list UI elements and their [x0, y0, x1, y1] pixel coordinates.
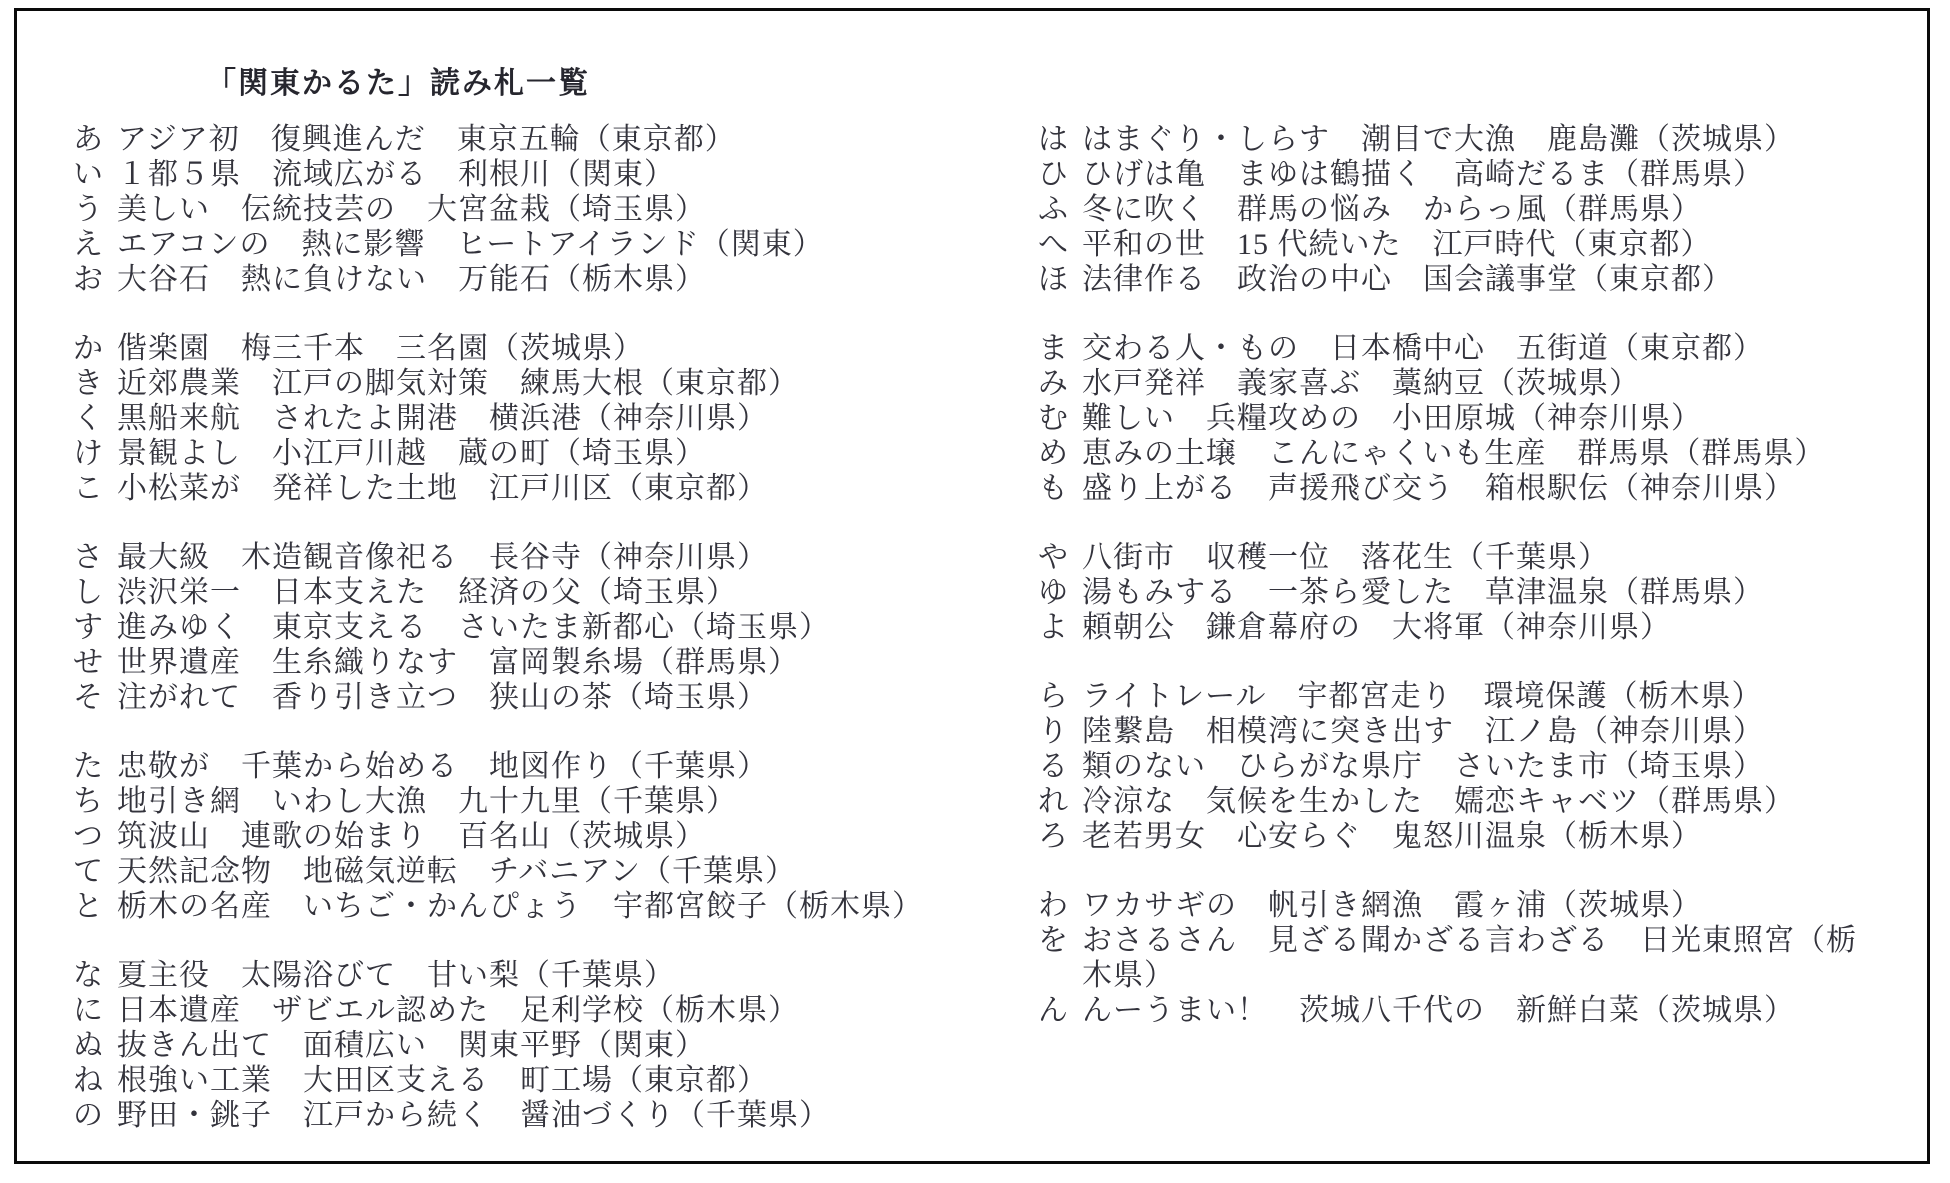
karuta-kana: う	[73, 192, 117, 227]
karuta-text: 日本遺産 ザビエル認めた 足利学校（栃木県）	[117, 993, 799, 1028]
karuta-kana: ま	[1038, 331, 1082, 366]
karuta-kana: し	[73, 575, 117, 610]
karuta-text: エアコンの 熱に影響 ヒートアイランド（関東）	[117, 227, 824, 262]
karuta-kana: ゆ	[1038, 575, 1082, 610]
karuta-text: １都５県 流域広がる 利根川（関東）	[117, 157, 675, 192]
karuta-row: へ 平和の世 15 代続いた 江戸時代（東京都）	[1038, 227, 1928, 262]
karuta-row: ぬ 抜きん出て 面積広い 関東平野（関東）	[73, 1028, 973, 1063]
karuta-text: 冷涼な 気候を生かした 嬬恋キャベツ（群馬県）	[1082, 784, 1795, 819]
karuta-row: そ 注がれて 香り引き立つ 狭山の茶（埼玉県）	[73, 680, 973, 715]
karuta-kana: ら	[1038, 679, 1082, 714]
karuta-text: 近郊農業 江戸の脚気対策 練馬大根（東京都）	[117, 366, 799, 401]
karuta-group: ま 交わる人・もの 日本橋中心 五街道（東京都） み 水戸発祥 義家喜ぶ 藁納豆…	[1038, 331, 1928, 506]
karuta-text: 交わる人・もの 日本橋中心 五街道（東京都）	[1082, 331, 1764, 366]
karuta-kana: ぬ	[73, 1028, 117, 1063]
karuta-row: む 難しい 兵糧攻めの 小田原城（神奈川県）	[1038, 401, 1928, 436]
karuta-group: ら ライトレール 宇都宮走り 環境保護（栃木県） り 陸繋島 相模湾に突き出す …	[1038, 679, 1928, 854]
karuta-text: 盛り上がる 声援飛び交う 箱根駅伝（神奈川県）	[1082, 471, 1795, 506]
karuta-row: に 日本遺産 ザビエル認めた 足利学校（栃木県）	[73, 993, 973, 1028]
karuta-kana: せ	[73, 645, 117, 680]
karuta-row: め 恵みの土壌 こんにゃくいも生産 群馬県（群馬県）	[1038, 436, 1928, 471]
karuta-kana: ひ	[1038, 157, 1082, 192]
karuta-kana: を	[1038, 923, 1082, 958]
karuta-kana: み	[1038, 366, 1082, 401]
karuta-row: は はまぐり・しらす 潮目で大漁 鹿島灘（茨城県）	[1038, 122, 1928, 157]
karuta-row: せ 世界遺産 生糸織りなす 富岡製糸場（群馬県）	[73, 645, 973, 680]
karuta-group: あ アジア初 復興進んだ 東京五輪（東京都） い １都５県 流域広がる 利根川（…	[73, 122, 973, 297]
karuta-row: ち 地引き網 いわし大漁 九十九里（千葉県）	[73, 784, 973, 819]
karuta-text: 進みゆく 東京支える さいたま新都心（埼玉県）	[117, 610, 830, 645]
karuta-kana: は	[1038, 122, 1082, 157]
karuta-kana: ふ	[1038, 192, 1082, 227]
karuta-row: く 黒船来航 されたよ開港 横浜港（神奈川県）	[73, 401, 973, 436]
karuta-row: あ アジア初 復興進んだ 東京五輪（東京都）	[73, 122, 973, 157]
karuta-kana: け	[73, 436, 117, 471]
karuta-kana: つ	[73, 819, 117, 854]
karuta-kana: い	[73, 157, 117, 192]
karuta-row: ゆ 湯もみする 一茶ら愛した 草津温泉（群馬県）	[1038, 575, 1928, 610]
karuta-kana: ち	[73, 784, 117, 819]
karuta-text: 小松菜が 発祥した土地 江戸川区（東京都）	[117, 471, 768, 506]
karuta-kana: も	[1038, 471, 1082, 506]
karuta-group: た 忠敬が 千葉から始める 地図作り（千葉県） ち 地引き網 いわし大漁 九十九…	[73, 749, 973, 924]
karuta-row: す 進みゆく 東京支える さいたま新都心（埼玉県）	[73, 610, 973, 645]
karuta-text: 筑波山 連歌の始まり 百名山（茨城県）	[117, 819, 706, 854]
karuta-row: わ ワカサギの 帆引き網漁 霞ヶ浦（茨城県）	[1038, 888, 1928, 923]
karuta-text: 水戸発祥 義家喜ぶ 藁納豆（茨城県）	[1082, 366, 1640, 401]
karuta-text: 法律作る 政治の中心 国会議事堂（東京都）	[1082, 262, 1733, 297]
karuta-row: り 陸繋島 相模湾に突き出す 江ノ島（神奈川県）	[1038, 714, 1928, 749]
karuta-kana: く	[73, 401, 117, 436]
karuta-kana: の	[73, 1098, 117, 1133]
karuta-row: よ 頼朝公 鎌倉幕府の 大将軍（神奈川県）	[1038, 610, 1928, 645]
karuta-row: な 夏主役 太陽浴びて 甘い梨（千葉県）	[73, 958, 973, 993]
karuta-kana: よ	[1038, 610, 1082, 645]
karuta-group: か 偕楽園 梅三千本 三名園（茨城県） き 近郊農業 江戸の脚気対策 練馬大根（…	[73, 331, 973, 506]
karuta-text: 美しい 伝統技芸の 大宮盆栽（埼玉県）	[117, 192, 706, 227]
karuta-group: な 夏主役 太陽浴びて 甘い梨（千葉県） に 日本遺産 ザビエル認めた 足利学校…	[73, 958, 973, 1133]
karuta-text: ワカサギの 帆引き網漁 霞ヶ浦（茨城県）	[1082, 888, 1702, 923]
karuta-kana: め	[1038, 436, 1082, 471]
karuta-text: 黒船来航 されたよ開港 横浜港（神奈川県）	[117, 401, 768, 436]
karuta-kana: な	[73, 958, 117, 993]
karuta-text: 偕楽園 梅三千本 三名園（茨城県）	[117, 331, 644, 366]
karuta-kana: お	[73, 262, 117, 297]
karuta-row: き 近郊農業 江戸の脚気対策 練馬大根（東京都）	[73, 366, 973, 401]
karuta-text: 栃木の名産 いちご・かんぴょう 宇都宮餃子（栃木県）	[117, 889, 923, 924]
karuta-kana: ろ	[1038, 819, 1082, 854]
column-right: は はまぐり・しらす 潮目で大漁 鹿島灘（茨城県） ひ ひげは亀 まゆは鶴描く …	[1038, 122, 1928, 1062]
document-page: 「関東かるた」読み札一覧 あ アジア初 復興進んだ 東京五輪（東京都） い １都…	[14, 8, 1930, 1164]
karuta-kana: る	[1038, 749, 1082, 784]
karuta-row: や 八街市 収穫一位 落花生（千葉県）	[1038, 540, 1928, 575]
karuta-text: ひげは亀 まゆは鶴描く 高崎だるま（群馬県）	[1082, 157, 1764, 192]
karuta-text: はまぐり・しらす 潮目で大漁 鹿島灘（茨城県）	[1082, 122, 1795, 157]
karuta-row: ろ 老若男女 心安らぐ 鬼怒川温泉（栃木県）	[1038, 819, 1928, 854]
karuta-group: さ 最大級 木造観音像祀る 長谷寺（神奈川県） し 渋沢栄一 日本支えた 経済の…	[73, 540, 973, 715]
karuta-text: 地引き網 いわし大漁 九十九里（千葉県）	[117, 784, 737, 819]
karuta-text: 抜きん出て 面積広い 関東平野（関東）	[117, 1028, 706, 1063]
karuta-row: ん んーうまい！ 茨城八千代の 新鮮白菜（茨城県）	[1038, 993, 1928, 1028]
karuta-row: の 野田・銚子 江戸から続く 醤油づくり（千葉県）	[73, 1098, 973, 1133]
karuta-row: さ 最大級 木造観音像祀る 長谷寺（神奈川県）	[73, 540, 973, 575]
karuta-text: 最大級 木造観音像祀る 長谷寺（神奈川県）	[117, 540, 768, 575]
karuta-row: こ 小松菜が 発祥した土地 江戸川区（東京都）	[73, 471, 973, 506]
karuta-text: 天然記念物 地磁気逆転 チバニアン（千葉県）	[117, 854, 796, 889]
karuta-text: アジア初 復興進んだ 東京五輪（東京都）	[117, 122, 736, 157]
karuta-row: ね 根強い工業 大田区支える 町工場（東京都）	[73, 1063, 973, 1098]
karuta-text: 根強い工業 大田区支える 町工場（東京都）	[117, 1063, 768, 1098]
karuta-text: ライトレール 宇都宮走り 環境保護（栃木県）	[1082, 679, 1763, 714]
karuta-row: ほ 法律作る 政治の中心 国会議事堂（東京都）	[1038, 262, 1928, 297]
karuta-kana: き	[73, 366, 117, 401]
karuta-row: け 景観よし 小江戸川越 蔵の町（埼玉県）	[73, 436, 973, 471]
karuta-text: 平和の世 15 代続いた 江戸時代（東京都）	[1082, 227, 1712, 262]
karuta-row: も 盛り上がる 声援飛び交う 箱根駅伝（神奈川県）	[1038, 471, 1928, 506]
karuta-kana: そ	[73, 680, 117, 715]
karuta-kana: す	[73, 610, 117, 645]
karuta-text: 八街市 収穫一位 落花生（千葉県）	[1082, 540, 1609, 575]
karuta-kana: や	[1038, 540, 1082, 575]
karuta-group: は はまぐり・しらす 潮目で大漁 鹿島灘（茨城県） ひ ひげは亀 まゆは鶴描く …	[1038, 122, 1928, 297]
karuta-text: んーうまい！ 茨城八千代の 新鮮白菜（茨城県）	[1082, 993, 1795, 1028]
karuta-row: と 栃木の名産 いちご・かんぴょう 宇都宮餃子（栃木県）	[73, 889, 973, 924]
karuta-kana: ん	[1038, 993, 1082, 1028]
karuta-text: 夏主役 太陽浴びて 甘い梨（千葉県）	[117, 958, 675, 993]
karuta-row: し 渋沢栄一 日本支えた 経済の父（埼玉県）	[73, 575, 973, 610]
page-title: 「関東かるた」読み札一覧	[206, 58, 590, 102]
karuta-kana: あ	[73, 122, 117, 157]
karuta-row: ひ ひげは亀 まゆは鶴描く 高崎だるま（群馬県）	[1038, 157, 1928, 192]
karuta-text: 頼朝公 鎌倉幕府の 大将軍（神奈川県）	[1082, 610, 1671, 645]
karuta-text: 類のない ひらがな県庁 さいたま市（埼玉県）	[1082, 749, 1764, 784]
karuta-row: て 天然記念物 地磁気逆転 チバニアン（千葉県）	[73, 854, 973, 889]
karuta-kana: か	[73, 331, 117, 366]
karuta-text: 景観よし 小江戸川越 蔵の町（埼玉県）	[117, 436, 706, 471]
karuta-kana: わ	[1038, 888, 1082, 923]
karuta-row: か 偕楽園 梅三千本 三名園（茨城県）	[73, 331, 973, 366]
karuta-row: る 類のない ひらがな県庁 さいたま市（埼玉県）	[1038, 749, 1928, 784]
karuta-kana: む	[1038, 401, 1082, 436]
karuta-kana: て	[73, 854, 117, 889]
karuta-row: い １都５県 流域広がる 利根川（関東）	[73, 157, 973, 192]
karuta-text: 世界遺産 生糸織りなす 富岡製糸場（群馬県）	[117, 645, 799, 680]
karuta-row: ふ 冬に吹く 群馬の悩み からっ風（群馬県）	[1038, 192, 1928, 227]
karuta-kana: り	[1038, 714, 1082, 749]
karuta-kana: こ	[73, 471, 117, 506]
karuta-row: ま 交わる人・もの 日本橋中心 五街道（東京都）	[1038, 331, 1928, 366]
karuta-kana: ほ	[1038, 262, 1082, 297]
karuta-text: 忠敬が 千葉から始める 地図作り（千葉県）	[117, 749, 768, 784]
karuta-kana: ね	[73, 1063, 117, 1098]
karuta-text: おさるさん 見ざる聞かざる言わざる 日光東照宮（栃木県）	[1082, 923, 1880, 993]
karuta-group: や 八街市 収穫一位 落花生（千葉県） ゆ 湯もみする 一茶ら愛した 草津温泉（…	[1038, 540, 1928, 645]
karuta-row: ら ライトレール 宇都宮走り 環境保護（栃木県）	[1038, 679, 1928, 714]
karuta-text: 冬に吹く 群馬の悩み からっ風（群馬県）	[1082, 192, 1702, 227]
karuta-text: 湯もみする 一茶ら愛した 草津温泉（群馬県）	[1082, 575, 1764, 610]
karuta-row: を おさるさん 見ざる聞かざる言わざる 日光東照宮（栃木県）	[1038, 923, 1928, 993]
karuta-kana: た	[73, 749, 117, 784]
karuta-row: う 美しい 伝統技芸の 大宮盆栽（埼玉県）	[73, 192, 973, 227]
karuta-kana: え	[73, 227, 117, 262]
karuta-text: 渋沢栄一 日本支えた 経済の父（埼玉県）	[117, 575, 737, 610]
karuta-text: 恵みの土壌 こんにゃくいも生産 群馬県（群馬県）	[1082, 436, 1825, 471]
karuta-text: 難しい 兵糧攻めの 小田原城（神奈川県）	[1082, 401, 1702, 436]
karuta-row: み 水戸発祥 義家喜ぶ 藁納豆（茨城県）	[1038, 366, 1928, 401]
column-left: あ アジア初 復興進んだ 東京五輪（東京都） い １都５県 流域広がる 利根川（…	[73, 122, 973, 1167]
karuta-kana: さ	[73, 540, 117, 575]
karuta-row: た 忠敬が 千葉から始める 地図作り（千葉県）	[73, 749, 973, 784]
karuta-kana: れ	[1038, 784, 1082, 819]
karuta-group: わ ワカサギの 帆引き網漁 霞ヶ浦（茨城県） を おさるさん 見ざる聞かざる言わ…	[1038, 888, 1928, 1028]
karuta-text: 大谷石 熱に負けない 万能石（栃木県）	[117, 262, 706, 297]
karuta-row: つ 筑波山 連歌の始まり 百名山（茨城県）	[73, 819, 973, 854]
karuta-row: れ 冷涼な 気候を生かした 嬬恋キャベツ（群馬県）	[1038, 784, 1928, 819]
karuta-kana: に	[73, 993, 117, 1028]
karuta-row: お 大谷石 熱に負けない 万能石（栃木県）	[73, 262, 973, 297]
karuta-text: 注がれて 香り引き立つ 狭山の茶（埼玉県）	[117, 680, 768, 715]
karuta-text: 野田・銚子 江戸から続く 醤油づくり（千葉県）	[117, 1098, 830, 1133]
karuta-kana: へ	[1038, 227, 1082, 262]
karuta-kana: と	[73, 889, 117, 924]
karuta-text: 老若男女 心安らぐ 鬼怒川温泉（栃木県）	[1082, 819, 1702, 854]
karuta-text: 陸繋島 相模湾に突き出す 江ノ島（神奈川県）	[1082, 714, 1764, 749]
karuta-row: え エアコンの 熱に影響 ヒートアイランド（関東）	[73, 227, 973, 262]
